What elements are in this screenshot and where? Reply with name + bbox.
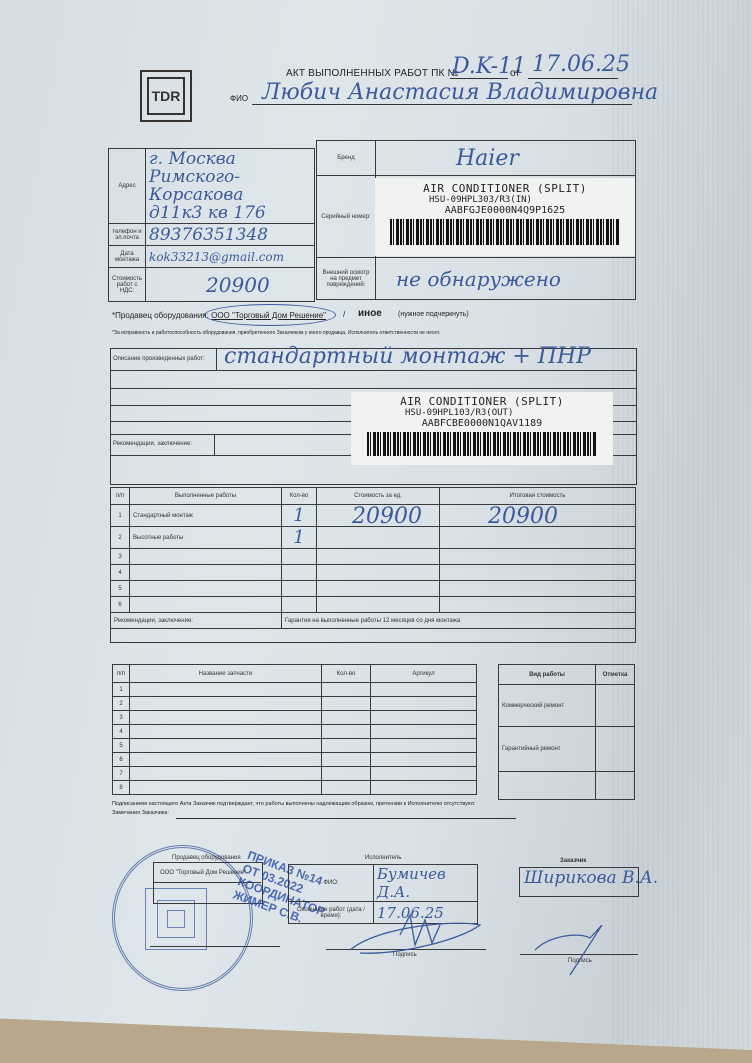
works-row-unit-price [317, 527, 440, 549]
works-header-qty: Кол-во [282, 488, 317, 505]
address-value: г. Москва Римского- Корсакова д11к3 кв 1… [146, 149, 315, 224]
fio-label: ФИО [230, 94, 248, 103]
divider [110, 370, 636, 371]
executor-signature [340, 905, 490, 965]
customer-remarks-label: Замечания Заказчика: [112, 810, 169, 816]
works-table-row: 2Высотные работы1 [111, 527, 636, 549]
repair-type-table: Вид работы Отметка Коммерческий ремонт Г… [498, 664, 635, 800]
customer-remarks-line [176, 818, 516, 819]
works-header-total: Итоговая стоимость [440, 488, 636, 505]
parts-row-name [130, 711, 322, 725]
brand-label: Бренд [317, 141, 376, 176]
outdoor-label-serial: AABFCBE0000N1QAV1189 [351, 418, 613, 429]
act-number-underline [450, 78, 508, 79]
parts-row-n: 1 [113, 683, 130, 697]
works-header-name: Выполненные работы [130, 488, 282, 505]
works-recommendations-value: Гарантия на выполненные работы 12 месяце… [282, 613, 636, 629]
inspection-value: не обнаружено [376, 258, 636, 300]
parts-table-row: 7 [113, 767, 477, 781]
works-table-row: 4 [111, 565, 636, 581]
parts-row-article [371, 683, 477, 697]
works-row-n: 2 [111, 527, 130, 549]
repair-mark-warranty-checkbox[interactable] [596, 727, 635, 772]
fio-underline [252, 104, 632, 105]
parts-row-name [130, 781, 322, 795]
phone-label: телефон и эл.почта [109, 224, 146, 246]
parts-row-qty [322, 739, 371, 753]
works-row-name: Высотные работы [130, 527, 282, 549]
parts-table-row: 2 [113, 697, 477, 711]
parts-row-article [371, 711, 477, 725]
parts-row-qty [322, 767, 371, 781]
parts-row-qty [322, 711, 371, 725]
logo-mark: TDR [147, 77, 185, 115]
works-row-total [440, 527, 636, 549]
act-date-underline [528, 78, 618, 79]
works-row-qty [282, 581, 317, 597]
parts-table: п/п Название запчасти Кол-во Артикул 123… [112, 664, 477, 795]
works-row-n: 4 [111, 565, 130, 581]
parts-row-article [371, 753, 477, 767]
repair-type-commercial: Коммерческий ремонт [499, 685, 596, 727]
customer-signature [530, 920, 610, 980]
confirmation-text: Подписанием настоящего Акта Заказчик под… [112, 801, 475, 807]
parts-row-name [130, 767, 322, 781]
indoor-barcode [390, 219, 620, 245]
parts-header-name: Название запчасти [130, 665, 322, 683]
works-row-qty [282, 549, 317, 565]
works-row-name [130, 597, 282, 613]
customer-title: Заказчик [560, 858, 586, 864]
recommendations-label: Рекомендации, заключение: [113, 441, 192, 447]
brand-value: Haier [376, 141, 636, 176]
parts-header-article: Артикул [371, 665, 477, 683]
phone-value: 89376351348 [146, 224, 315, 246]
repair-header-type: Вид работы [499, 665, 596, 685]
works-table-row: 6 [111, 597, 636, 613]
fio-value: Любич Анастасия Владимировна [262, 80, 658, 105]
works-total-value: 20900 [488, 504, 558, 529]
repair-type-empty [499, 772, 596, 800]
parts-row-qty [322, 781, 371, 795]
customer-name: Ширикова В.А. [524, 868, 658, 888]
seller-disclaimer: *За исправность и работоспособность обор… [112, 330, 440, 336]
executor-title: Исполнитель [365, 855, 401, 861]
parts-row-n: 4 [113, 725, 130, 739]
cost-value: 20900 [146, 268, 315, 302]
outdoor-label-model: HSU-09HPL103/R3(OUT) [351, 408, 613, 418]
indoor-label-serial: AABFGJE0000N4Q9P1625 [375, 205, 635, 216]
parts-row-article [371, 739, 477, 753]
act-date: 17.06.25 [532, 52, 630, 77]
works-table-row: 3 [111, 549, 636, 565]
repair-header-mark: Отметка [596, 665, 635, 685]
repair-mark-commercial-checkbox[interactable] [596, 685, 635, 727]
parts-row-article [371, 781, 477, 795]
parts-row-article [371, 725, 477, 739]
parts-table-row: 8 [113, 781, 477, 795]
seller-note: (нужное подчеркнуть) [398, 311, 469, 318]
parts-row-n: 2 [113, 697, 130, 711]
works-row-n: 5 [111, 581, 130, 597]
parts-header-qty: Кол-во [322, 665, 371, 683]
seller-label: *Продавец оборудования: [112, 311, 209, 320]
parts-row-name [130, 739, 322, 753]
works-table-row: 5 [111, 581, 636, 597]
works-unit-price-value: 20900 [352, 504, 422, 529]
repair-mark-empty [596, 772, 635, 800]
inspection-label: Внешний осмотр на предмет повреждений: [317, 258, 376, 300]
act-date-prefix: от [510, 68, 520, 79]
works-row-name [130, 565, 282, 581]
seller-sign-title: Продавец оборудования [172, 855, 241, 861]
works-row-name [130, 549, 282, 565]
parts-table-row: 6 [113, 753, 477, 767]
install-date-label: Дата монтажа [109, 246, 146, 268]
works-row-n: 3 [111, 549, 130, 565]
works-empty-row [111, 629, 636, 643]
act-title: АКТ ВЫПОЛНЕННЫХ РАБОТ ПК № [286, 68, 458, 79]
works-row-unit-price [317, 549, 440, 565]
executor-fio-label: ФИО: [289, 865, 374, 902]
parts-row-name [130, 697, 322, 711]
work-description-value: стандартный монтаж + ПНР [224, 344, 591, 369]
parts-row-qty [322, 697, 371, 711]
cost-label: Стоимость работ с НДС: [109, 268, 146, 302]
seller-option-other: иное [358, 308, 382, 319]
divider [216, 348, 217, 370]
parts-row-n: 6 [113, 753, 130, 767]
works-row-qty: 1 [282, 527, 317, 549]
works-row-name: Стандартный монтаж [130, 505, 282, 527]
works-header-unit-price: Стоимость за ед. [317, 488, 440, 505]
work-description-label: Описание произведенных работ: [113, 356, 205, 362]
works-row-unit-price [317, 597, 440, 613]
works-row-qty [282, 565, 317, 581]
parts-row-n: 3 [113, 711, 130, 725]
seller-selection-oval [204, 304, 336, 326]
works-recommendations-label: Рекомендации, заключение: [111, 613, 282, 629]
parts-row-article [371, 767, 477, 781]
parts-table-row: 5 [113, 739, 477, 753]
indoor-unit-label: AIR CONDITIONER (SPLIT) HSU-09HPL303/R3(… [375, 178, 635, 256]
works-header-n: п/п [111, 488, 130, 505]
outdoor-label-title: AIR CONDITIONER (SPLIT) [351, 395, 613, 408]
works-row-name [130, 581, 282, 597]
outdoor-barcode [367, 432, 597, 456]
indoor-label-title: AIR CONDITIONER (SPLIT) [375, 182, 635, 195]
parts-row-n: 7 [113, 767, 130, 781]
parts-row-name [130, 753, 322, 767]
works-row-qty: 1 [282, 505, 317, 527]
parts-row-article [371, 697, 477, 711]
works-row-n: 1 [111, 505, 130, 527]
divider [110, 388, 636, 389]
parts-row-n: 8 [113, 781, 130, 795]
parts-table-row: 4 [113, 725, 477, 739]
works-row-unit-price [317, 565, 440, 581]
repair-type-warranty: Гарантийный ремонт [499, 727, 596, 772]
works-row-n: 6 [111, 597, 130, 613]
works-row-total [440, 565, 636, 581]
divider [214, 434, 215, 455]
works-row-total [440, 597, 636, 613]
email-value: kok33213@gmail.com [146, 246, 315, 268]
parts-row-qty [322, 683, 371, 697]
client-info-table: Адрес г. Москва Римского- Корсакова д11к… [108, 148, 315, 302]
parts-row-qty [322, 753, 371, 767]
parts-row-name [130, 683, 322, 697]
parts-header-n: п/п [113, 665, 130, 683]
works-row-unit-price [317, 581, 440, 597]
parts-row-name [130, 725, 322, 739]
indoor-label-model: HSU-09HPL303/R3(IN) [375, 195, 635, 205]
parts-table-row: 3 [113, 711, 477, 725]
serial-label: Серийный номер: [317, 176, 376, 258]
company-logo: TDR [140, 70, 192, 122]
outdoor-unit-label: AIR CONDITIONER (SPLIT) HSU-09HPL103/R3(… [351, 392, 613, 465]
seller-separator: / [343, 310, 345, 319]
seller-sign-line [150, 946, 280, 947]
address-label: Адрес [109, 149, 146, 224]
parts-row-qty [322, 725, 371, 739]
works-row-total [440, 581, 636, 597]
executor-fio-value: Бумичев Д.А. [374, 865, 478, 902]
works-row-total [440, 549, 636, 565]
parts-table-row: 1 [113, 683, 477, 697]
works-row-qty [282, 597, 317, 613]
seller-sign-name: ООО "Торговый Дом Решение" [160, 870, 246, 876]
parts-row-n: 5 [113, 739, 130, 753]
